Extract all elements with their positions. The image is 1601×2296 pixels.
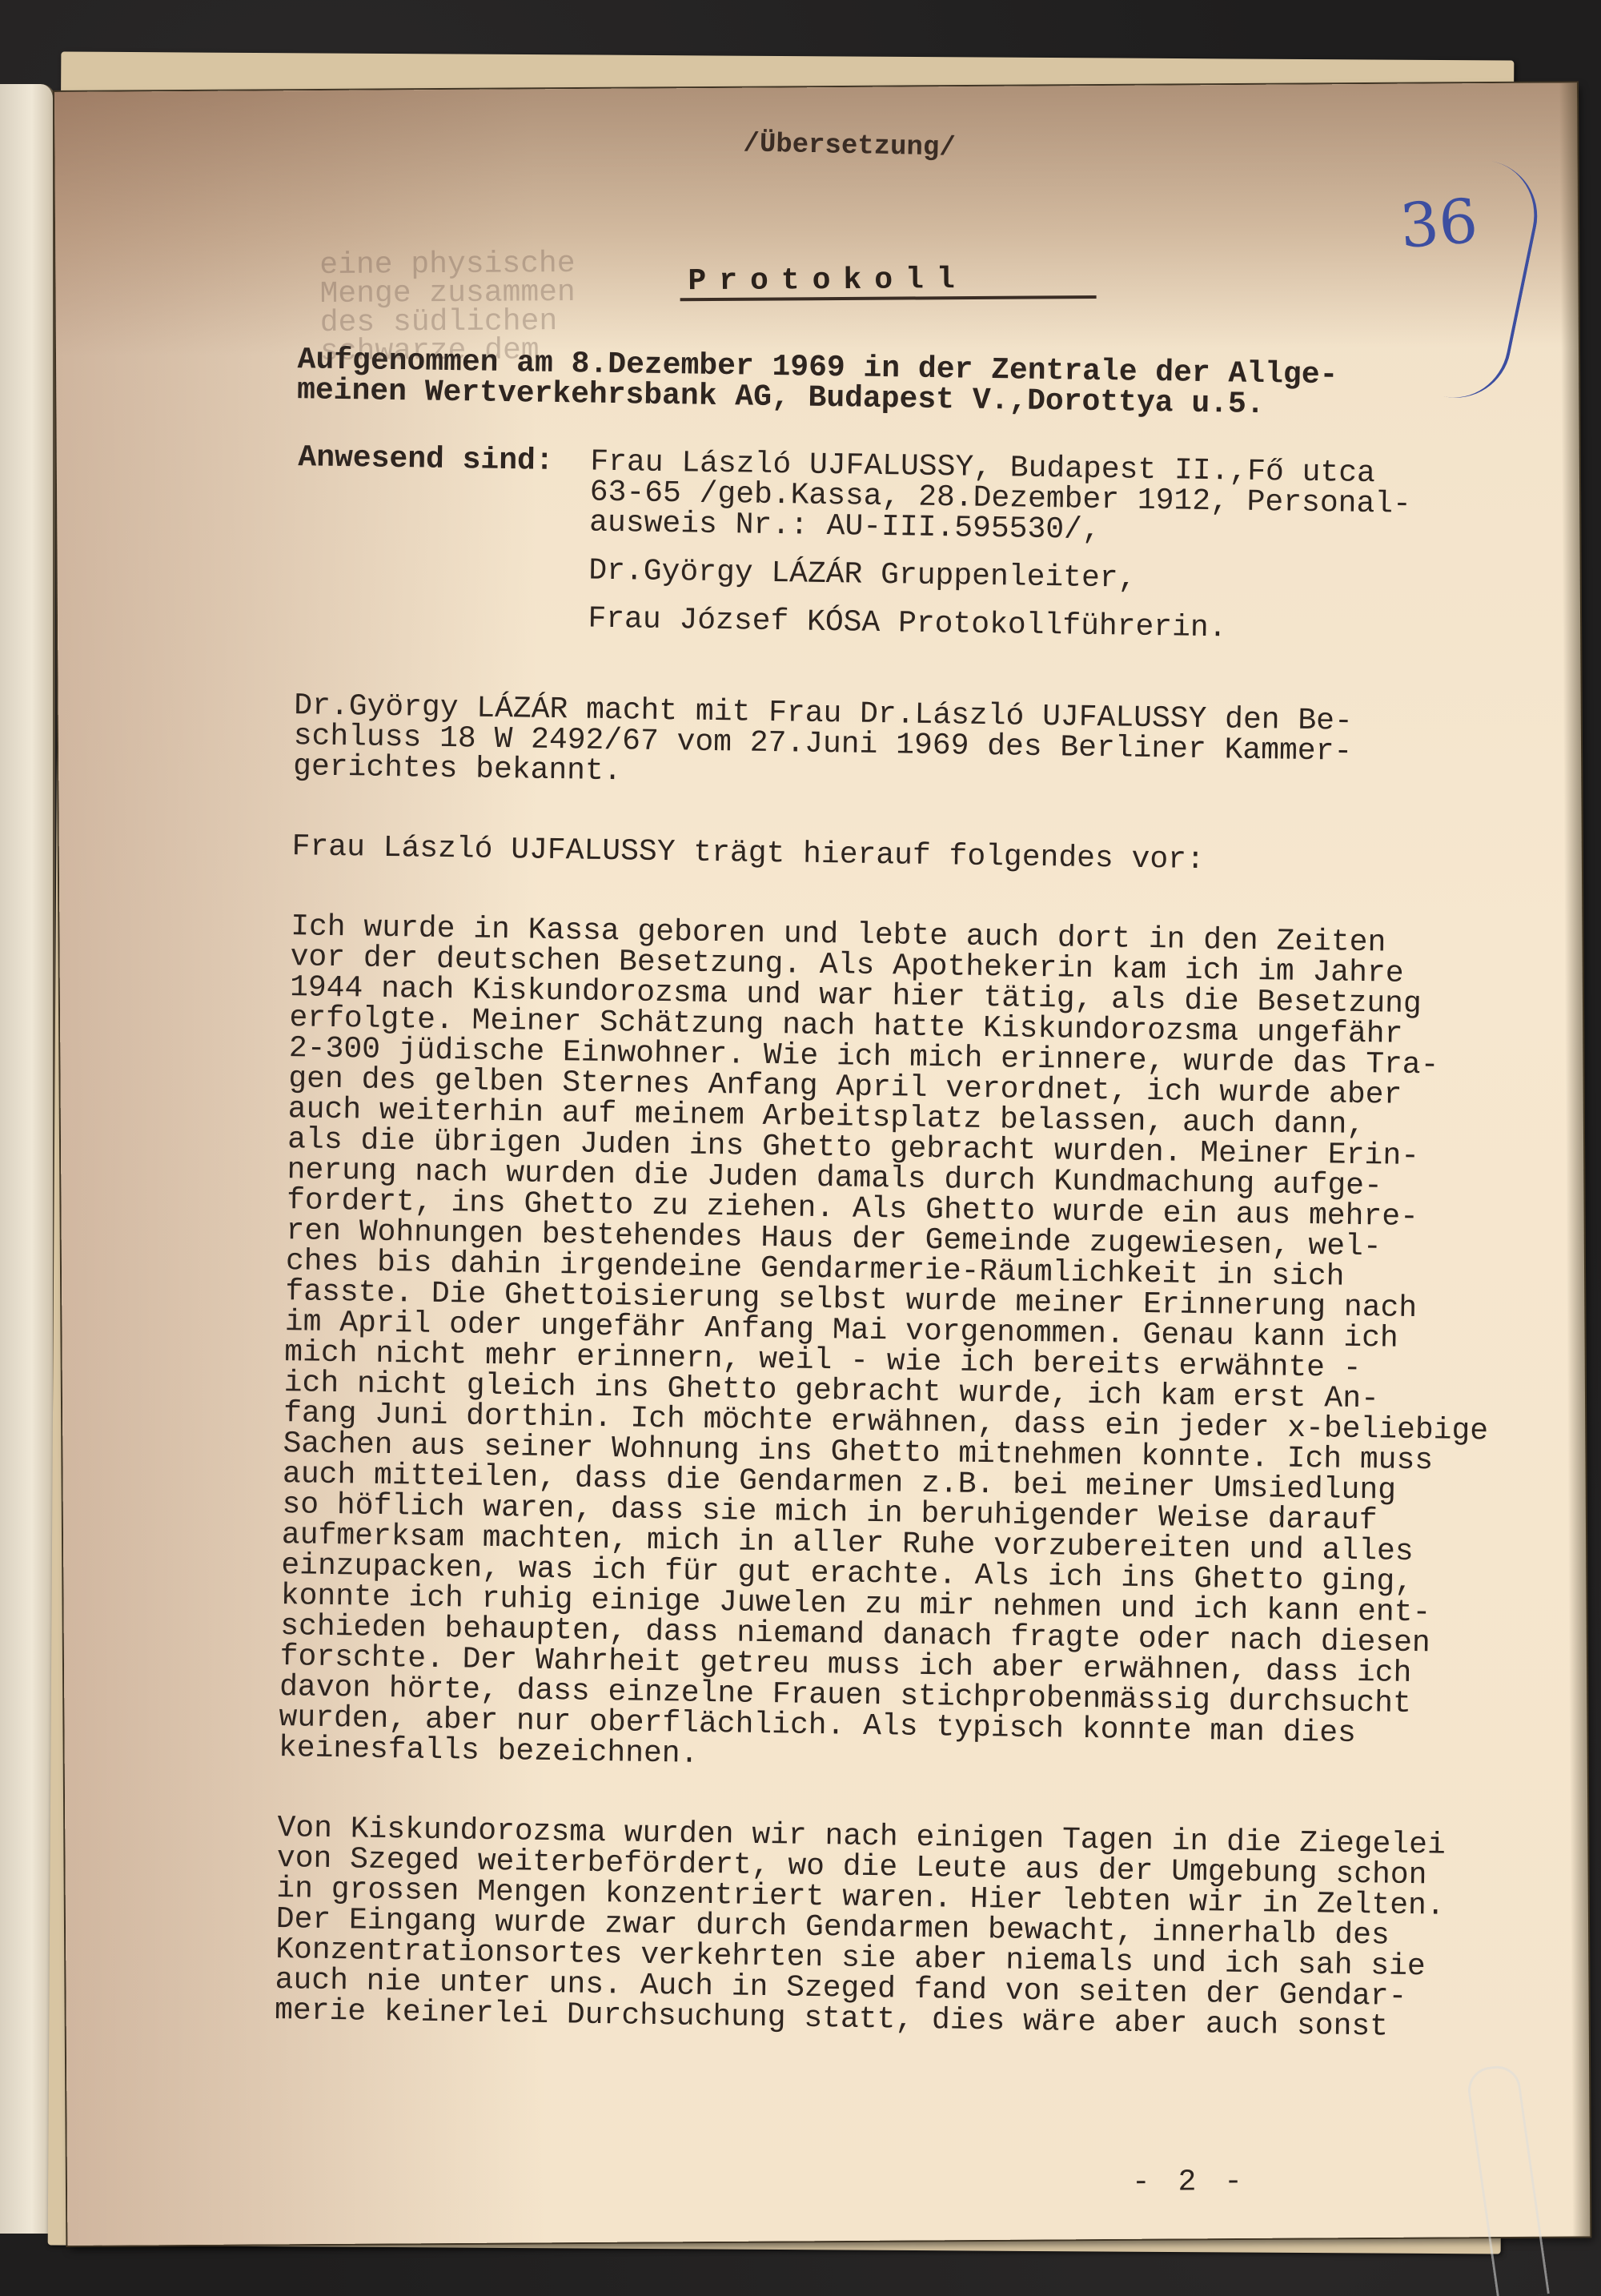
document-title: Protokoll <box>688 263 967 299</box>
translation-heading: /Übersetzung/ <box>743 129 956 163</box>
protocol-body: Dr.György LÁZÁR macht mit Frau Dr.László… <box>275 691 1499 2044</box>
previous-page-edge <box>0 84 55 2234</box>
document-page: eine physische Menge zusammen des südlic… <box>54 82 1590 2246</box>
attendance-section: Anwesend sind: Frau László UJFALUSSY, Bu… <box>295 443 1411 647</box>
paragraph-notice: Dr.György LÁZÁR macht mit Frau Dr.László… <box>293 691 1499 800</box>
paragraph-szeged: Von Kiskundorozsma wurden wir nach einig… <box>275 1813 1483 2044</box>
attendee-entry: Frau László UJFALUSSY, Budapest II.,Fő u… <box>589 448 1412 551</box>
protocol-header: Aufgenommen am 8.Dezember 1969 in der Ze… <box>297 345 1338 421</box>
handwritten-folio-number: 36 <box>1398 185 1480 262</box>
paragraph-testimony: Ich wurde in Kassa geboren und lebte auc… <box>279 912 1496 1781</box>
attendance-list: Frau László UJFALUSSY, Budapest II.,Fő u… <box>588 448 1412 647</box>
page-number: - 2 - <box>1132 2165 1247 2200</box>
attendance-label: Anwesend sind: <box>295 443 590 634</box>
